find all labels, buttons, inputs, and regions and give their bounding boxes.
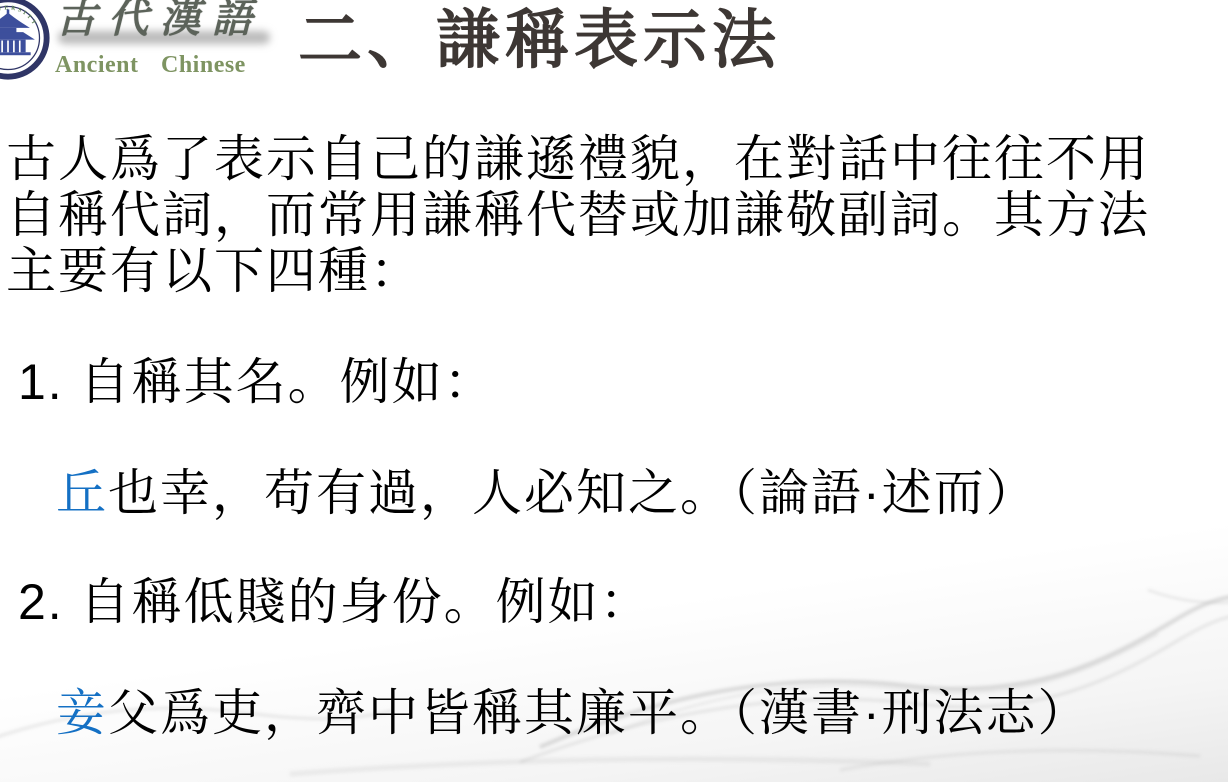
logo-calligraphy-text: 古代漢語	[56, 0, 264, 42]
item-1-example: 丘也幸，苟有過，人必知之。（論語·述而）	[56, 463, 1038, 523]
intro-paragraph: 古人爲了表示自己的謙遜禮貌，在對話中往往不用 自稱代詞，而常用謙稱代替或加謙敬副…	[6, 131, 1150, 299]
item-2-heading: 2. 自稱低賤的身份。例如：	[18, 572, 652, 632]
slide: UNIVERSITY 古代漢語 Ancient Chinese 二、謙稱表示法	[0, 0, 1228, 782]
highlighted-char: 丘	[56, 465, 108, 521]
item-1-heading: 1. 自稱其名。例如：	[18, 352, 496, 412]
course-logo: UNIVERSITY 古代漢語 Ancient Chinese	[0, 0, 300, 92]
paragraph-line: 古人爲了表示自己的謙遜禮貌，在對話中往往不用	[6, 131, 1150, 187]
example-text: 父爲吏，齊中皆稱其廉平。（漢書·刑法志）	[108, 685, 1090, 741]
paragraph-line: 自稱代詞，而常用謙稱代替或加謙敬副詞。其方法	[6, 187, 1150, 243]
slide-title: 二、謙稱表示法	[298, 2, 781, 80]
highlighted-char: 妾	[56, 685, 108, 741]
university-seal-icon: UNIVERSITY	[0, 0, 50, 80]
example-text: 也幸，苟有過，人必知之。（論語·述而）	[108, 465, 1038, 521]
logo-subtitle-text: Ancient Chinese	[55, 52, 246, 79]
paragraph-line: 主要有以下四種：	[6, 243, 1150, 299]
item-2-example: 妾父爲吏，齊中皆稱其廉平。（漢書·刑法志）	[56, 683, 1090, 743]
